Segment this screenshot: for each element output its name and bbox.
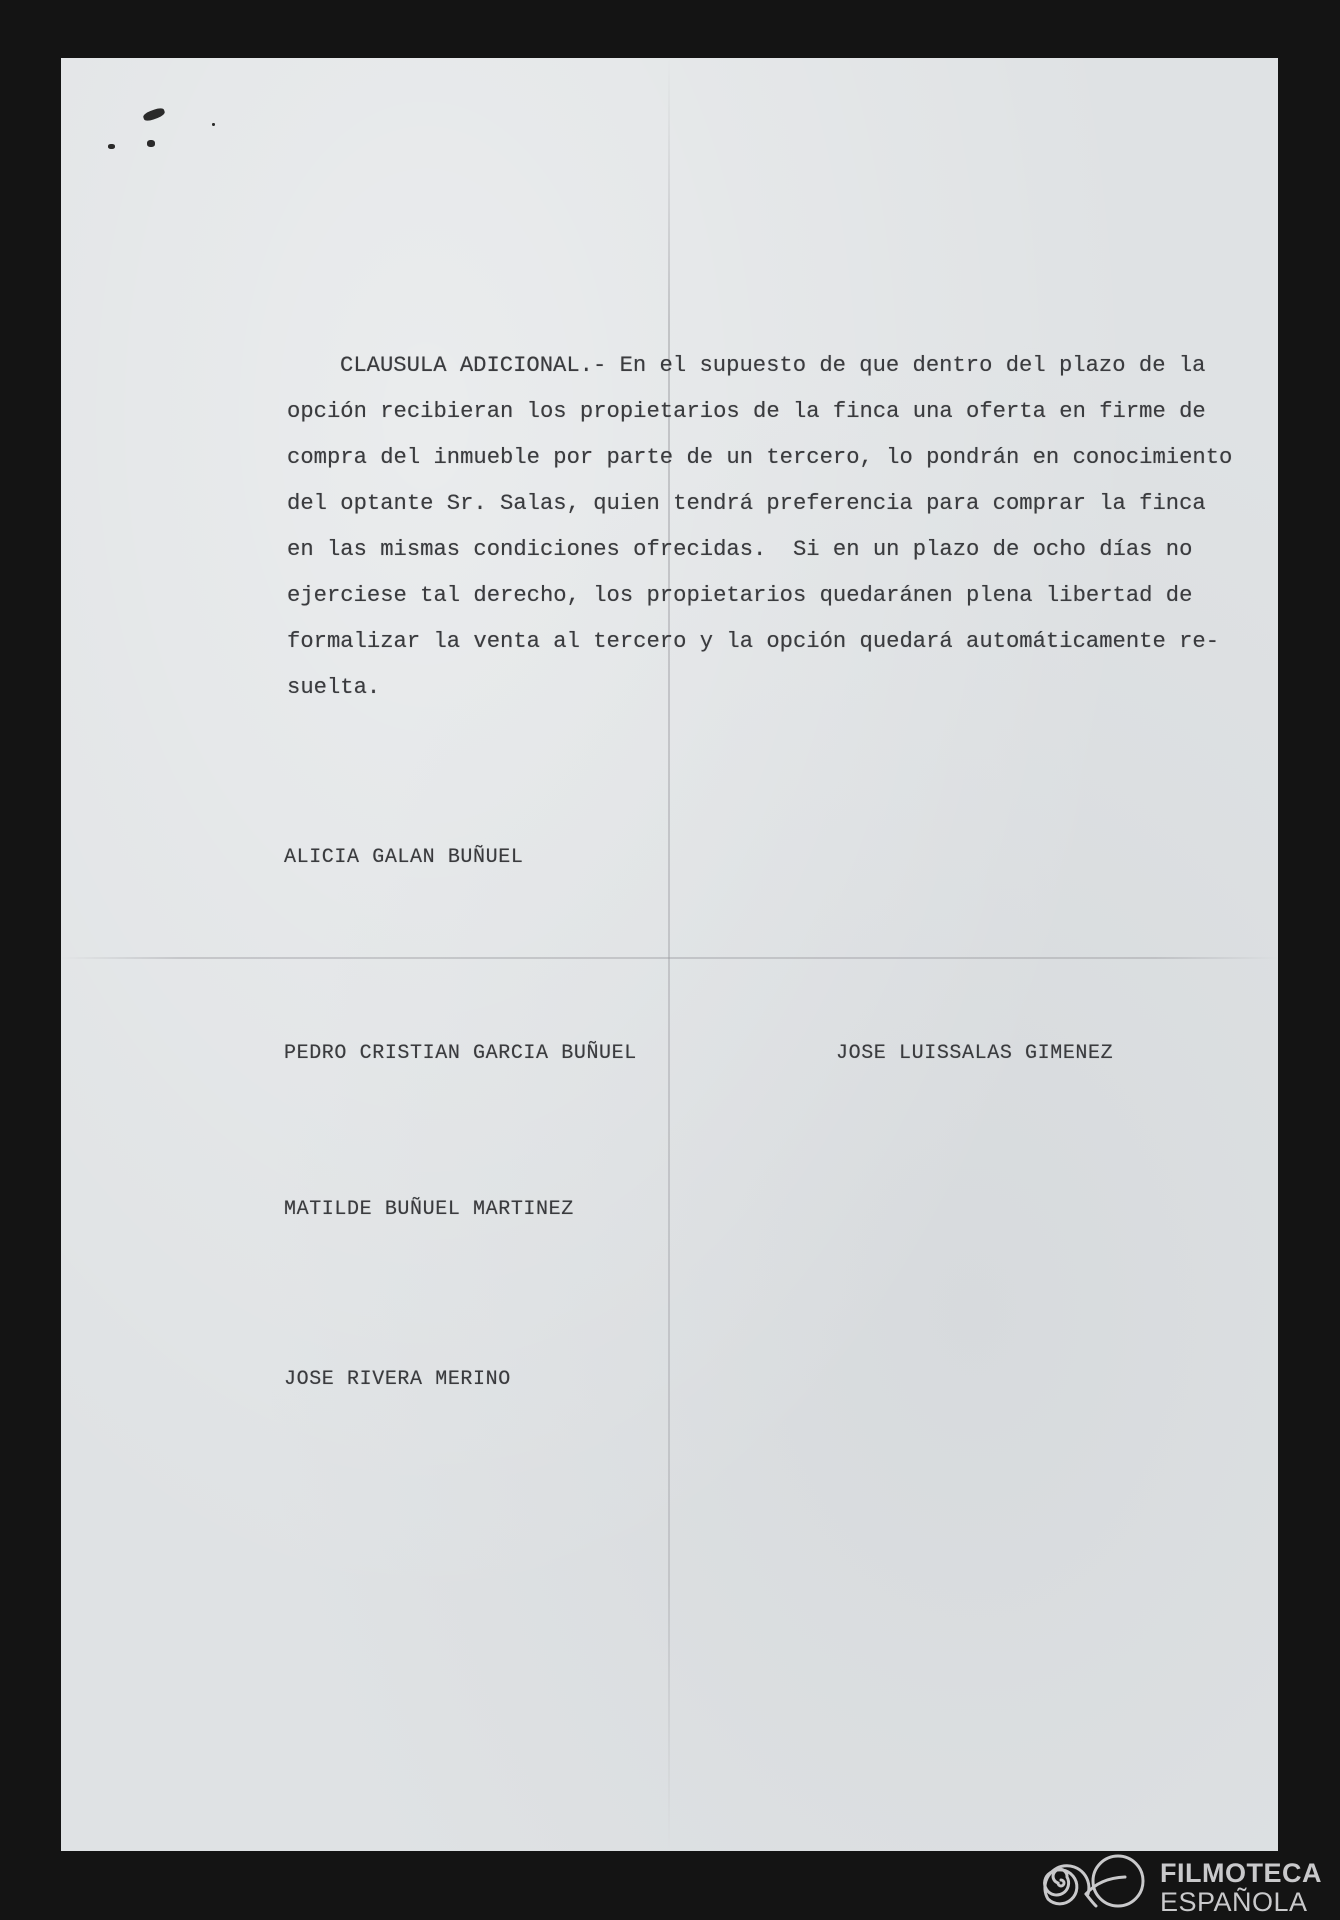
clause-line-3: compra del inmueble por parte de un terc… xyxy=(287,447,1232,469)
document-page: CLAUSULA ADICIONAL.- En el supuesto de q… xyxy=(61,58,1278,1851)
signatory-pedro-cristian-garcia-bunuel: PEDRO CRISTIAN GARCIA BUÑUEL xyxy=(284,1044,637,1064)
filmoteca-watermark: FILMOTECA ESPAÑOLA xyxy=(1030,1850,1340,1920)
clause-line-8: suelta. xyxy=(287,677,380,699)
paper-damage-mark xyxy=(212,123,215,126)
filmoteca-subtitle: ESPAÑOLA xyxy=(1160,1887,1308,1918)
clause-line-2: opción recibieran los propietarios de la… xyxy=(287,401,1206,423)
clause-line-1: CLAUSULA ADICIONAL.- En el supuesto de q… xyxy=(340,355,1205,377)
clause-line-5: en las mismas condiciones ofrecidas. Si … xyxy=(287,539,1192,561)
paper-damage-mark xyxy=(142,107,166,123)
clause-line-6: ejerciese tal derecho, los propietarios … xyxy=(287,585,1192,607)
vertical-fold-line xyxy=(668,58,670,1851)
signatory-alicia-galan-bunuel: ALICIA GALAN BUÑUEL xyxy=(284,848,523,868)
clause-line-7: formalizar la venta al tercero y la opci… xyxy=(287,631,1219,653)
clause-line-4: del optante Sr. Salas, quien tendrá pref… xyxy=(287,493,1206,515)
paper-damage-mark xyxy=(108,144,115,149)
paper-damage-mark xyxy=(147,140,155,147)
filmoteca-spiral-logo-icon xyxy=(1030,1850,1155,1920)
horizontal-fold-line xyxy=(61,957,1278,959)
filmoteca-title: FILMOTECA xyxy=(1160,1858,1322,1889)
signatory-jose-luis-salas-gimenez: JOSE LUISSALAS GIMENEZ xyxy=(836,1044,1113,1064)
signatory-jose-rivera-merino: JOSE RIVERA MERINO xyxy=(284,1370,511,1390)
signatory-matilde-bunuel-martinez: MATILDE BUÑUEL MARTINEZ xyxy=(284,1200,574,1220)
